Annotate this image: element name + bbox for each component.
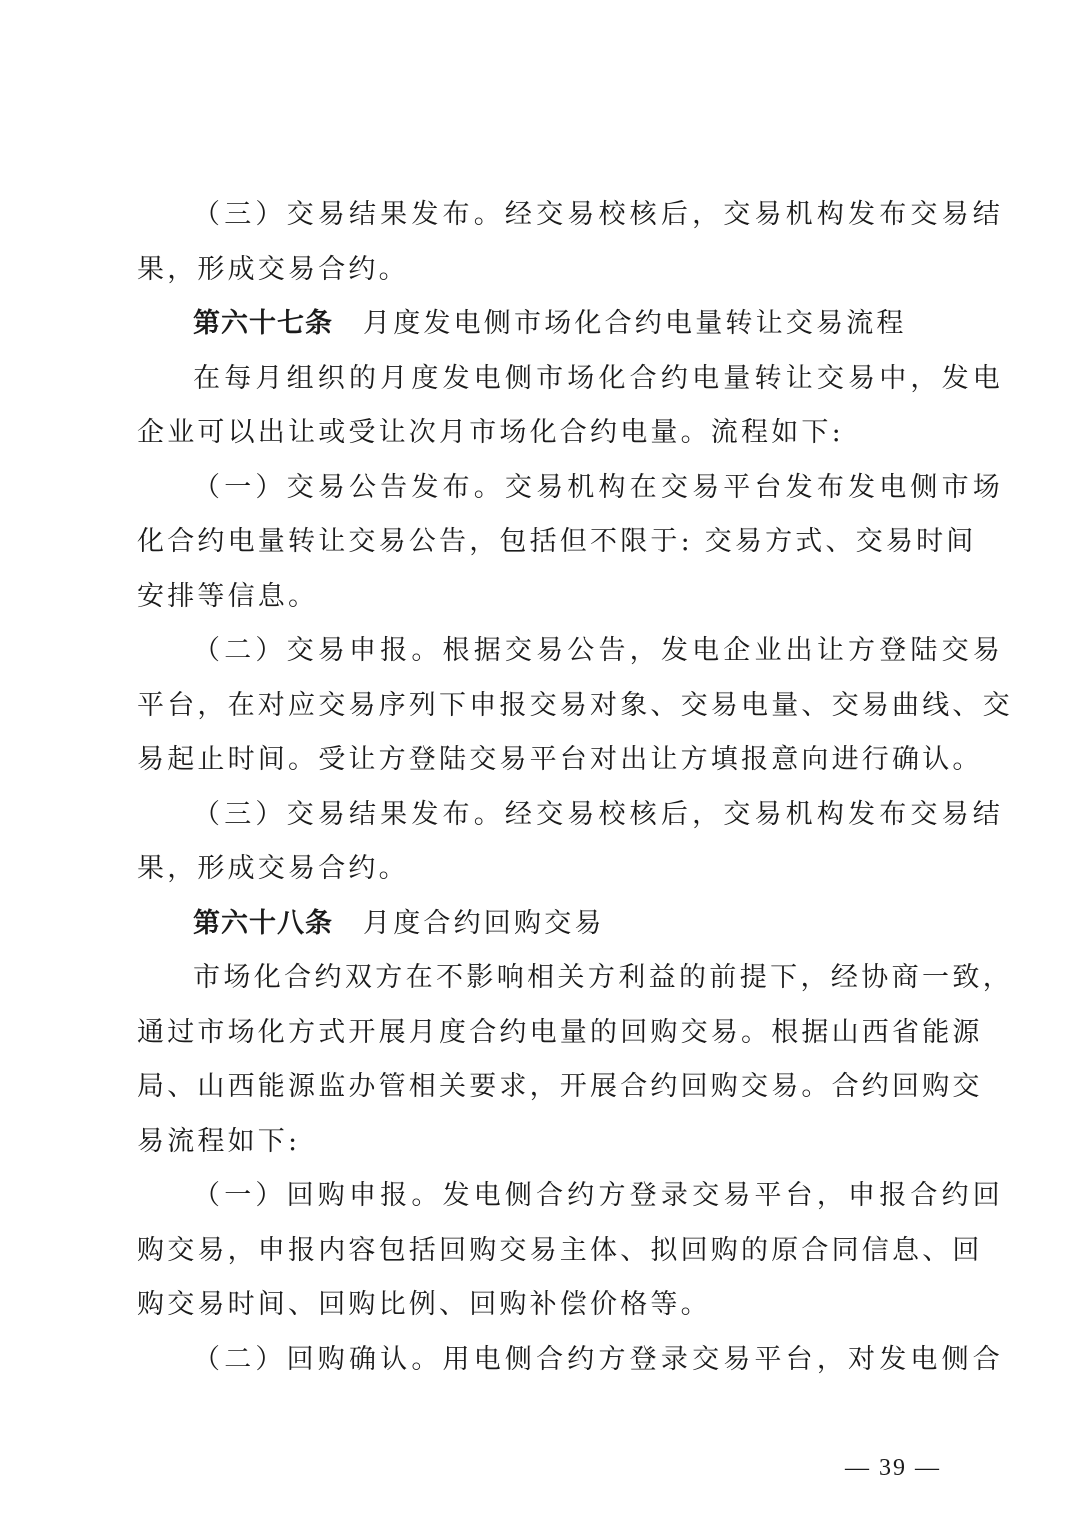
- document-page: （三）交易结果发布。经交易校核后，交易机构发布交易结 果，形成交易合约。 第六十…: [0, 0, 1080, 1527]
- paragraph-line: （一）交易公告发布。交易机构在交易平台发布发电侧市场: [193, 468, 1003, 508]
- paragraph-line: （三）交易结果发布。经交易校核后，交易机构发布交易结: [193, 795, 1003, 835]
- paragraph-line: 安排等信息。: [137, 577, 947, 617]
- paragraph-line: （三）交易结果发布。经交易校核后，交易机构发布交易结: [193, 195, 1003, 235]
- paragraph-line: 企业可以出让或受让次月市场化合约电量。流程如下:: [137, 413, 947, 453]
- paragraph-line: 果，形成交易合约。: [137, 250, 947, 290]
- paragraph-line: 购交易，申报内容包括回购交易主体、拟回购的原合同信息、回: [137, 1231, 947, 1271]
- article-number: 第六十八条: [193, 908, 333, 939]
- article-title: 月度发电侧市场化合约电量转让交易流程: [363, 308, 907, 339]
- paragraph-line: 易起止时间。受让方登陆交易平台对出让方填报意向进行确认。: [137, 740, 947, 780]
- paragraph-line: 平台，在对应交易序列下申报交易对象、交易电量、交易曲线、交: [137, 686, 947, 726]
- paragraph-line: （一）回购申报。发电侧合约方登录交易平台，申报合约回: [193, 1176, 1003, 1216]
- paragraph-line: （二）回购确认。用电侧合约方登录交易平台，对发电侧合: [193, 1340, 1003, 1380]
- article-number: 第六十七条: [193, 308, 333, 339]
- paragraph-line: 化合约电量转让交易公告，包括但不限于: 交易方式、交易时间: [137, 522, 947, 562]
- paragraph-line: 购交易时间、回购比例、回购补偿价格等。: [137, 1285, 947, 1325]
- paragraph-line: 果，形成交易合约。: [137, 849, 947, 889]
- page-number: — 39 —: [845, 1448, 941, 1488]
- paragraph-line: 在每月组织的月度发电侧市场化合约电量转让交易中，发电: [193, 359, 1003, 399]
- paragraph-line: 局、山西能源监办管相关要求，开展合约回购交易。合约回购交: [137, 1067, 947, 1107]
- paragraph-line: 通过市场化方式开展月度合约电量的回购交易。根据山西省能源: [137, 1013, 947, 1053]
- article-heading: 第六十七条月度发电侧市场化合约电量转让交易流程: [193, 304, 1003, 344]
- paragraph-line: （二）交易申报。根据交易公告，发电企业出让方登陆交易: [193, 631, 1003, 671]
- paragraph-line: 易流程如下:: [137, 1122, 947, 1162]
- article-title: 月度合约回购交易: [363, 908, 605, 939]
- article-heading: 第六十八条月度合约回购交易: [193, 904, 1003, 944]
- paragraph-line: 市场化合约双方在不影响相关方利益的前提下，经协商一致，: [193, 958, 1013, 998]
